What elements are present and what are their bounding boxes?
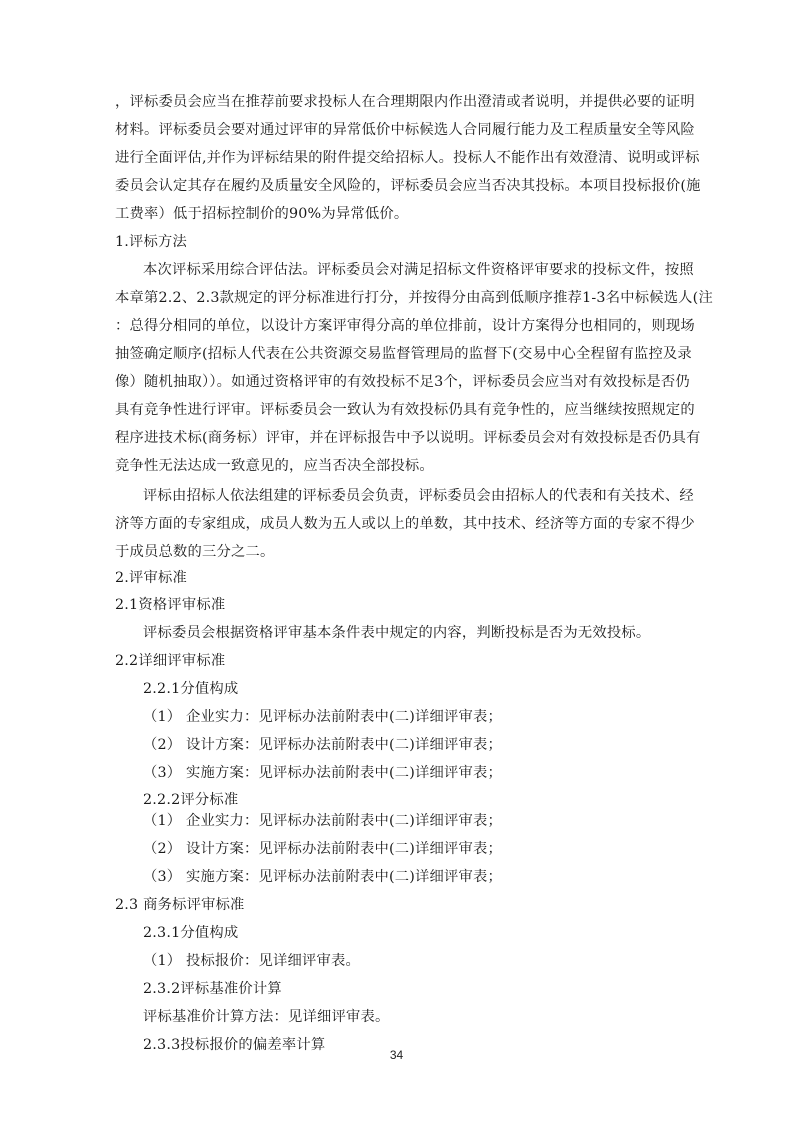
text-line: 委员会认定其存在履约及质量安全风险的，评标委员会应当否决其投标。本项目投标报价(… — [115, 176, 685, 196]
text-line: 1.评标方法 — [115, 232, 187, 252]
text-line: 2.3 商务标评审标准 — [115, 895, 245, 915]
text-line: 2.1资格评审标准 — [115, 595, 225, 615]
text-line: 济等方面的专家组成，成员人数为五人或以上的单数，其中技术、经济等方面的专家不得少 — [115, 514, 685, 534]
text-line: 2.3.2评标基准价计算 — [143, 979, 282, 999]
text-line: （3） 实施方案：见评标办法前附表中(二)详细评审表； — [143, 867, 502, 887]
text-line: 评标委员会根据资格评审基本条件表中规定的内容，判断投标是否为无效投标。 — [143, 623, 650, 643]
text-line: 2.2.1分值构成 — [143, 679, 238, 699]
text-line: ：总得分相同的单位，以设计方案评审得分高的单位排前，设计方案得分也相同的，则现场 — [115, 316, 685, 336]
text-line: （1） 投标报价：见详细评审表。 — [143, 951, 360, 971]
text-line: 评标基准价计算方法：见详细评审表。 — [143, 1007, 389, 1027]
text-line: 2.3.1分值构成 — [143, 923, 238, 943]
text-line: 进行全面评估,并作为评标结果的附件提交给招标人。投标人不能作出有效澄清、说明或评… — [115, 148, 685, 168]
text-line: 程序进技术标(商务标）评审，并在评标报告中予以说明。评标委员会对有效投标是否仍具… — [115, 428, 685, 448]
text-line: 于成员总数的三分之二。 — [115, 542, 274, 562]
text-line: （3） 实施方案：见评标办法前附表中(二)详细评审表； — [143, 763, 502, 783]
text-line: 本次评标采用综合评估法。评标委员会对满足招标文件资格评审要求的投标文件，按照 — [143, 260, 685, 280]
text-line: （2） 设计方案：见评标办法前附表中(二)详细评审表； — [143, 735, 502, 755]
text-line: 2.评审标准 — [115, 568, 187, 588]
text-line: 评标由招标人依法组建的评标委员会负责，评标委员会由招标人的代表和有关技术、经 — [143, 486, 685, 506]
text-line: 竞争性无法达成一致意见的，应当否决全部投标。 — [115, 456, 434, 476]
text-line: 工费率）低于招标控制价的90%为异常低价。 — [115, 204, 408, 224]
text-line: 具有竞争性进行评审。评标委员会一致认为有效投标仍具有竞争性的，应当继续按照规定的 — [115, 400, 685, 420]
text-line: 2.2.2评分标准 — [143, 790, 238, 810]
text-line: 2.2详细评审标准 — [115, 651, 225, 671]
text-line: 像）随机抽取））。如通过资格评审的有效投标不足3个，评标委员会应当对有效投标是否… — [115, 372, 685, 392]
text-line: ，评标委员会应当在推荐前要求投标人在合理期限内作出澄清或者说明，并提供必要的证明 — [115, 92, 685, 112]
text-line: 抽签确定顺序(招标人代表在公共资源交易监督管理局的监督下(交易中心全程留有监控及… — [115, 344, 685, 364]
text-line: （1） 企业实力：见评标办法前附表中(二)详细评审表； — [143, 811, 502, 831]
text-line: （2） 设计方案：见评标办法前附表中(二)详细评审表； — [143, 839, 502, 859]
text-line: 材料。评标委员会要对通过评审的异常低价中标候选人合同履行能力及工程质量安全等风险 — [115, 120, 685, 140]
text-line: 本章第2.2、2.3款规定的评分标准进行打分，并按得分由高到低顺序推荐1-3名中… — [115, 288, 685, 308]
page-number: 34 — [0, 1048, 793, 1062]
text-line: （1） 企业实力：见评标办法前附表中(二)详细评审表； — [143, 707, 502, 727]
